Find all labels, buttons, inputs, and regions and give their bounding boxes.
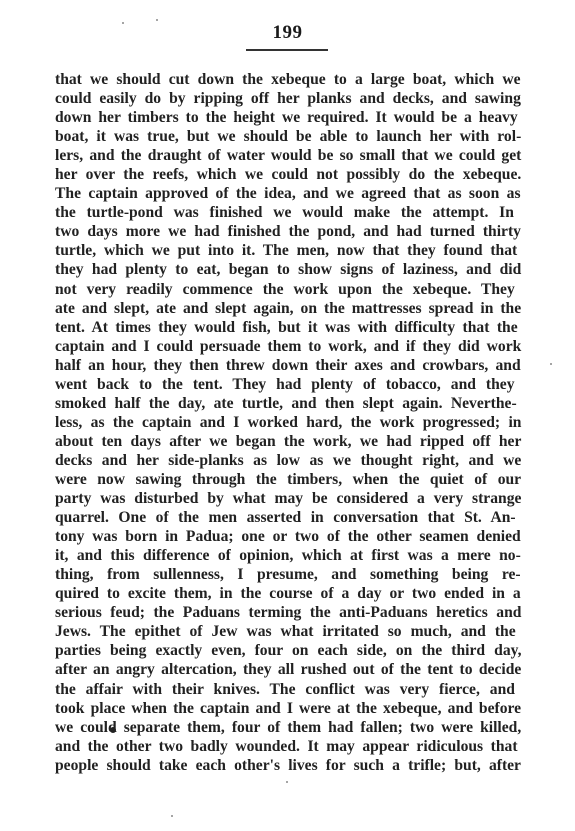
text-line: tent. At times they would fish, but it w… bbox=[55, 318, 521, 337]
text-line: the affair with their knives. The confli… bbox=[55, 680, 521, 699]
text-line: lers, and the draught of water would be … bbox=[55, 146, 521, 165]
scan-speck bbox=[122, 22, 124, 24]
scan-speck bbox=[286, 781, 288, 783]
text-line: it, and this difference of opinion, whic… bbox=[55, 546, 521, 565]
text-line: people should take each other's lives fo… bbox=[55, 756, 521, 775]
scan-speck bbox=[156, 19, 158, 21]
book-page: 199 that we should cut down the xebeque … bbox=[0, 0, 575, 831]
scan-speck bbox=[171, 815, 173, 817]
text-line: could easily do by ripping off her plank… bbox=[55, 89, 521, 108]
text-line: not very readily commence the work upon … bbox=[55, 280, 521, 299]
text-line: they had plenty to eat, began to show si… bbox=[55, 260, 521, 279]
text-line: the turtle-pond was finished we would ma… bbox=[55, 203, 521, 222]
text-line: about ten days after we began the work, … bbox=[55, 432, 521, 451]
text-line: down her timbers to the height we requir… bbox=[55, 108, 521, 127]
text-line: were now sawing through the timbers, whe… bbox=[55, 470, 521, 489]
text-line: smoked half the day, ate turtle, and the… bbox=[55, 394, 521, 413]
text-line: her over the reefs, which we could not p… bbox=[55, 165, 521, 184]
text-line: less, as the captain and I worked hard, … bbox=[55, 413, 521, 432]
text-line: quarrel. One of the men asserted in conv… bbox=[55, 508, 521, 527]
text-line: and the other two badly wounded. It may … bbox=[55, 737, 521, 756]
text-line: we could separate them, four of them had… bbox=[55, 718, 521, 737]
text-line: took place when the captain and I were a… bbox=[55, 699, 521, 718]
text-line: after an angry altercation, they all rus… bbox=[55, 660, 521, 679]
text-line: decks and her side-planks as low as we t… bbox=[55, 451, 521, 470]
text-line: that we should cut down the xebeque to a… bbox=[55, 70, 521, 89]
text-line: half an hour, they then threw down their… bbox=[55, 356, 521, 375]
text-line: serious feud; the Paduans terming the an… bbox=[55, 603, 521, 622]
text-line: party was disturbed by what may be consi… bbox=[55, 489, 521, 508]
header-rule bbox=[246, 49, 328, 51]
text-line: tony was born in Padua; one or two of th… bbox=[55, 527, 521, 546]
text-line: quired to excite them, in the course of … bbox=[55, 584, 521, 603]
text-line: parties being exactly even, four on each… bbox=[55, 641, 521, 660]
text-line: thing, from sullenness, I presume, and s… bbox=[55, 565, 521, 584]
text-line: turtle, which we put into it. The men, n… bbox=[55, 241, 521, 260]
text-line: went back to the tent. They had plenty o… bbox=[55, 375, 521, 394]
page-number: 199 bbox=[0, 22, 575, 44]
text-line: captain and I could persuade them to wor… bbox=[55, 337, 521, 356]
ink-blot bbox=[110, 727, 116, 733]
text-line: Jews. The epithet of Jew was what irrita… bbox=[55, 622, 521, 641]
text-line: two days more we had finished the pond, … bbox=[55, 222, 521, 241]
scan-speck bbox=[550, 363, 552, 365]
text-line: The captain approved of the idea, and we… bbox=[55, 184, 521, 203]
body-text: that we should cut down the xebeque to a… bbox=[55, 70, 521, 775]
text-line: boat, it was true, but we should be able… bbox=[55, 127, 521, 146]
text-line: ate and slept, ate and slept again, on t… bbox=[55, 299, 521, 318]
